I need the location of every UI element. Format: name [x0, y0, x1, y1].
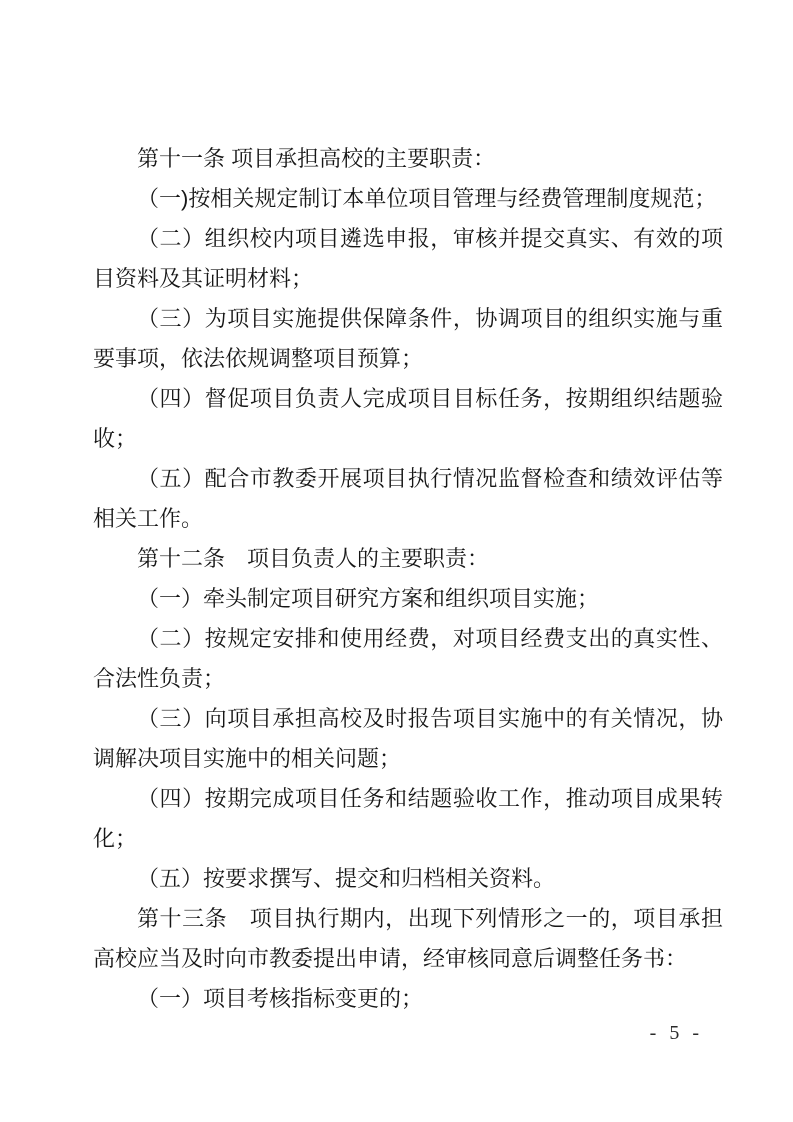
document-paragraph: （三）向项目承担高校及时报告项目实施中的有关情况，协调解决项目实施中的相关问题； [93, 699, 723, 779]
document-paragraph: （一)按相关规定制订本单位项目管理与经费管理制度规范； [93, 179, 723, 219]
document-paragraph: （二）按规定安排和使用经费，对项目经费支出的真实性、合法性负责； [93, 619, 723, 699]
document-paragraph: （五）按要求撰写、提交和归档相关资料。 [93, 859, 723, 899]
document-paragraph: （四）督促项目负责人完成项目目标任务，按期组织结题验收； [93, 379, 723, 459]
document-paragraph: （一）牵头制定项目研究方案和组织项目实施； [93, 579, 723, 619]
document-page: 第十一条 项目承担高校的主要职责：（一)按相关规定制订本单位项目管理与经费管理制… [0, 0, 793, 1122]
document-paragraph: （五）配合市教委开展项目执行情况监督检查和绩效评估等相关工作。 [93, 459, 723, 539]
document-paragraph: 第十一条 项目承担高校的主要职责： [93, 139, 723, 179]
page-footer: - 5 - [499, 1022, 699, 1045]
document-body: 第十一条 项目承担高校的主要职责：（一)按相关规定制订本单位项目管理与经费管理制… [93, 139, 723, 1019]
page-number: - 5 - [650, 1022, 699, 1044]
document-paragraph: 第十三条 项目执行期内，出现下列情形之一的，项目承担高校应当及时向市教委提出申请… [93, 899, 723, 979]
document-paragraph: （一）项目考核指标变更的； [93, 979, 723, 1019]
document-paragraph: （四）按期完成项目任务和结题验收工作，推动项目成果转化； [93, 779, 723, 859]
document-paragraph: （二）组织校内项目遴选申报，审核并提交真实、有效的项目资料及其证明材料； [93, 219, 723, 299]
document-paragraph: 第十二条 项目负责人的主要职责： [93, 539, 723, 579]
document-paragraph: （三）为项目实施提供保障条件，协调项目的组织实施与重要事项，依法依规调整项目预算… [93, 299, 723, 379]
